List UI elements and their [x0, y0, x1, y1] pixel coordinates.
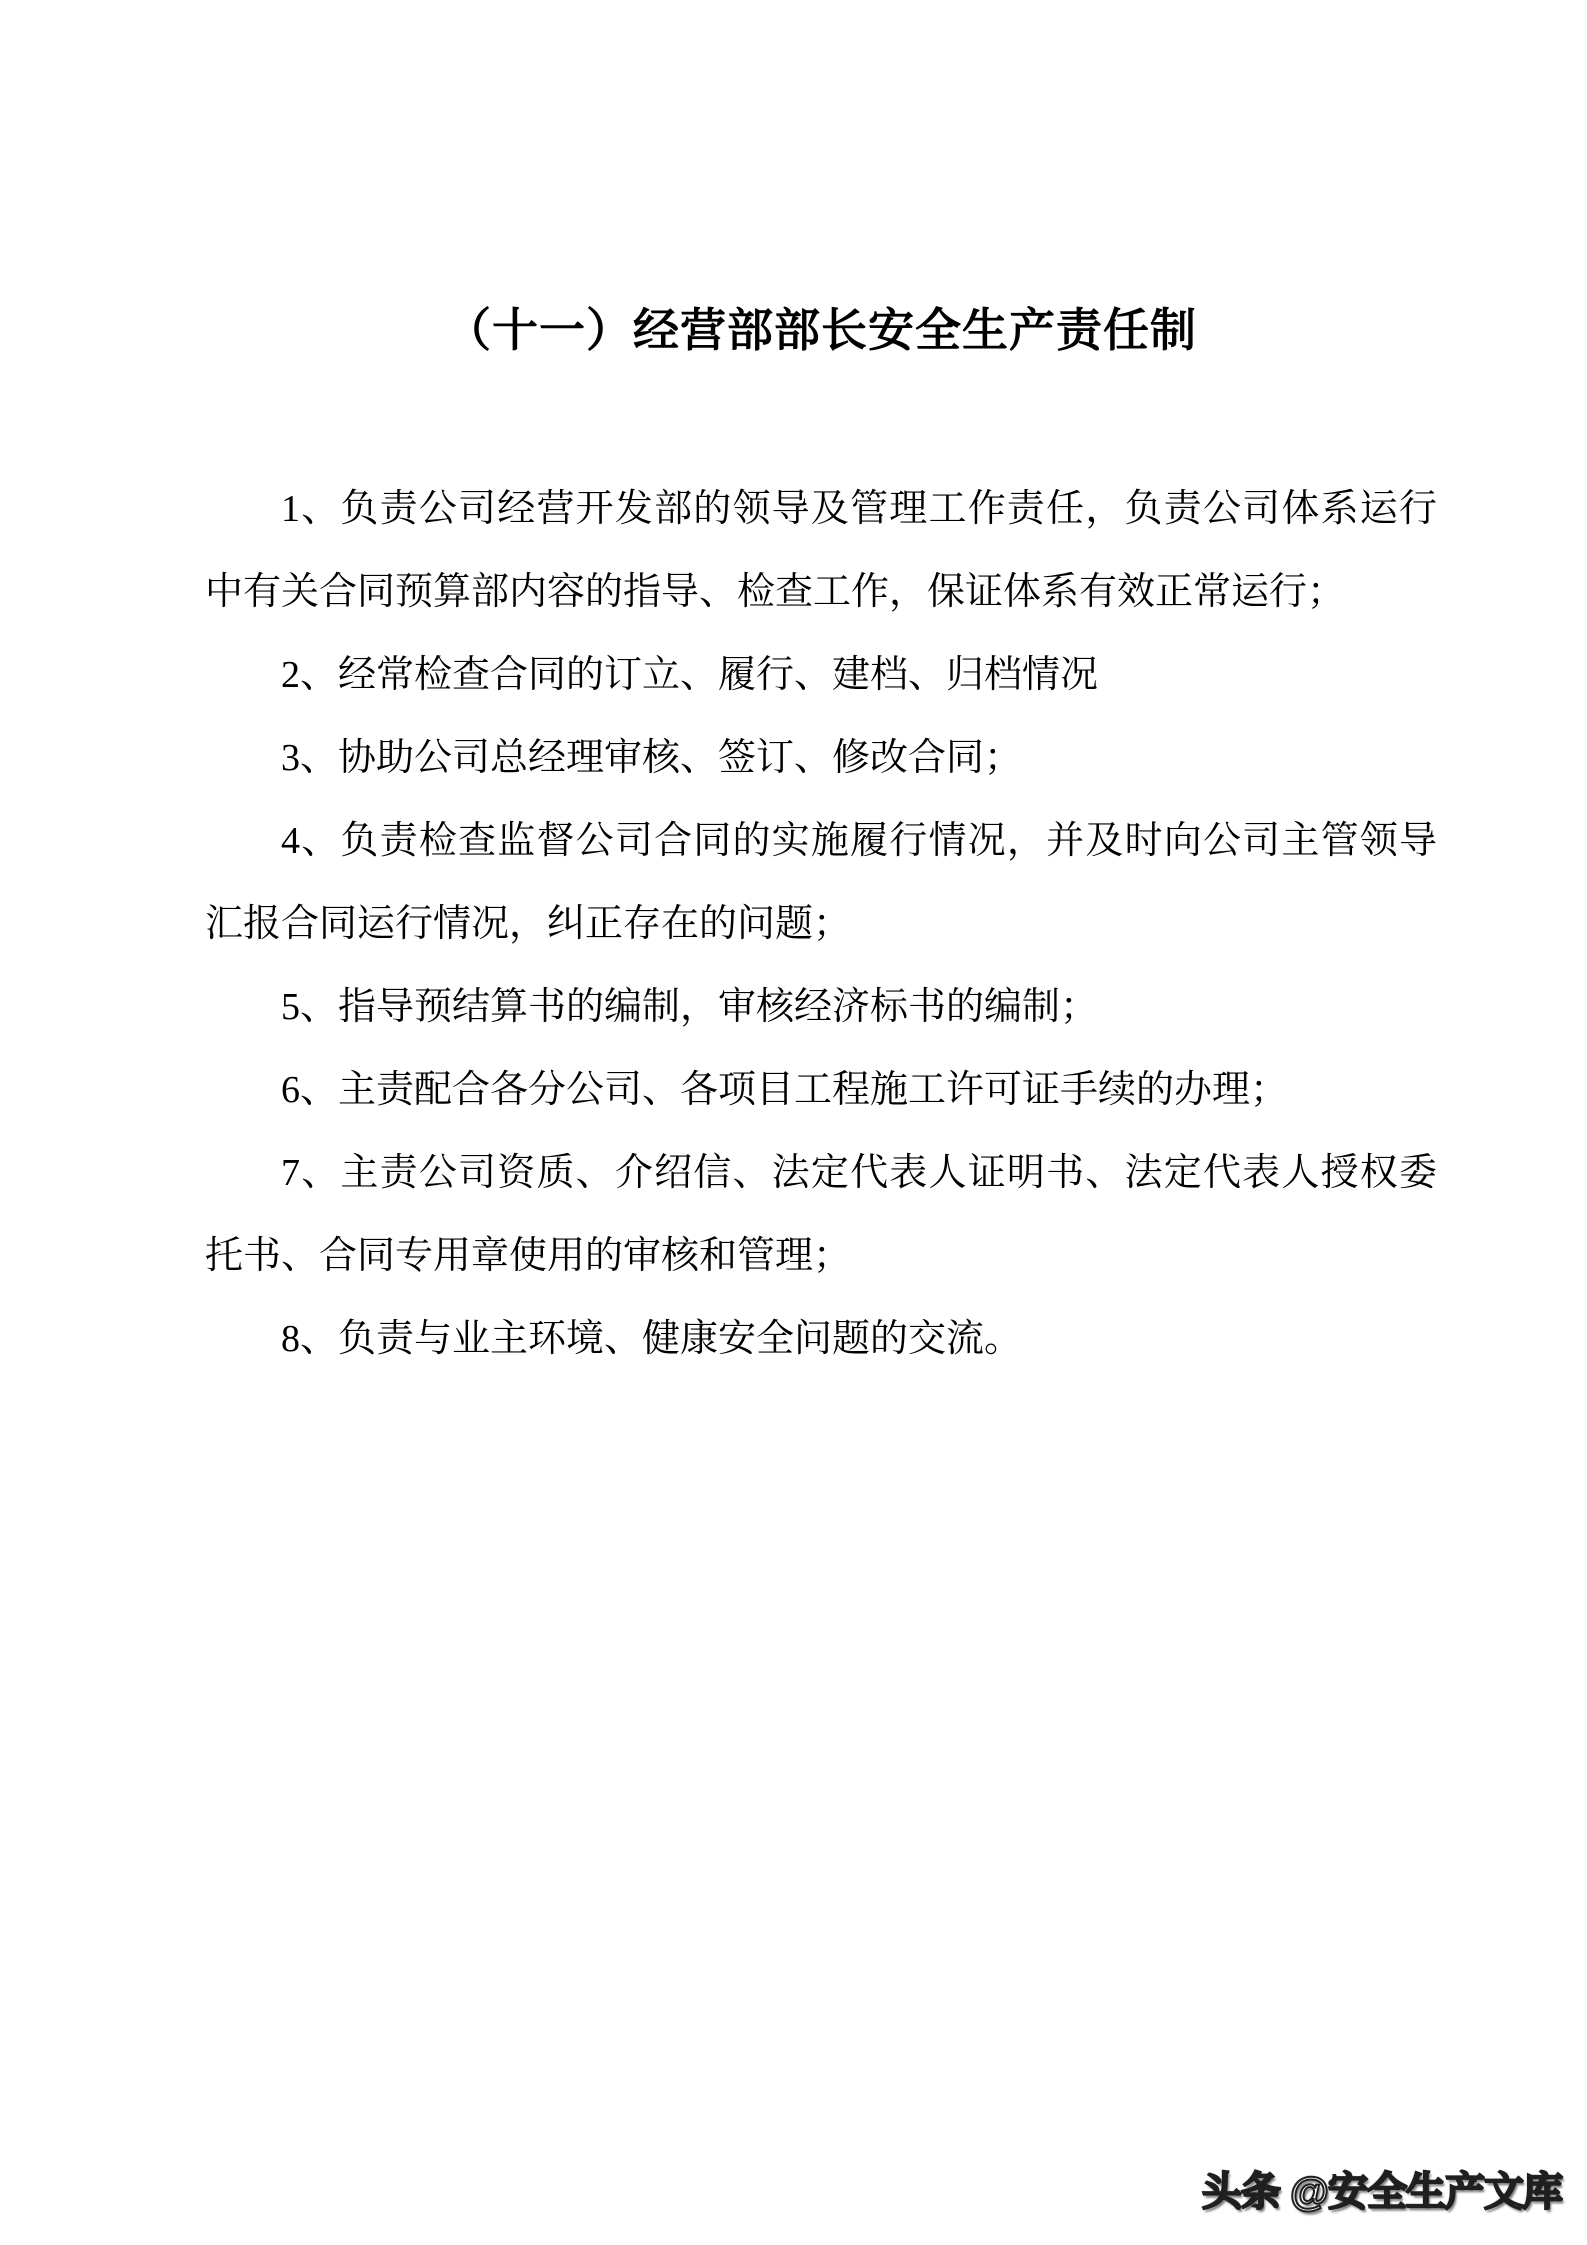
paragraph-item-7: 7、主责公司资质、介绍信、法定代表人证明书、法定代表人授权委托书、合同专用章使用…	[205, 1132, 1437, 1298]
paragraph-item-8: 8、负责与业主环境、健康安全问题的交流。	[205, 1298, 1437, 1381]
paragraph-item-1: 1、负责公司经营开发部的领导及管理工作责任，负责公司体系运行中有关合同预算部内容…	[205, 468, 1437, 634]
document-page: （十一）经营部部长安全生产责任制 1、负责公司经营开发部的领导及管理工作责任，负…	[0, 0, 1587, 2245]
paragraph-item-4: 4、负责检查监督公司合同的实施履行情况，并及时向公司主管领导汇报合同运行情况，纠…	[205, 800, 1437, 966]
document-content: （十一）经营部部长安全生产责任制 1、负责公司经营开发部的领导及管理工作责任，负…	[205, 302, 1437, 1381]
watermark-label: 头条 @安全生产文库	[1202, 2160, 1562, 2217]
paragraph-item-5: 5、指导预结算书的编制，审核经济标书的编制；	[205, 966, 1437, 1049]
paragraph-item-3: 3、协助公司总经理审核、签订、修改合同；	[205, 717, 1437, 800]
document-title: （十一）经营部部长安全生产责任制	[205, 302, 1437, 358]
paragraph-item-6: 6、主责配合各分公司、各项目工程施工许可证手续的办理；	[205, 1049, 1437, 1132]
paragraph-item-2: 2、经常检查合同的订立、履行、建档、归档情况	[205, 634, 1437, 717]
